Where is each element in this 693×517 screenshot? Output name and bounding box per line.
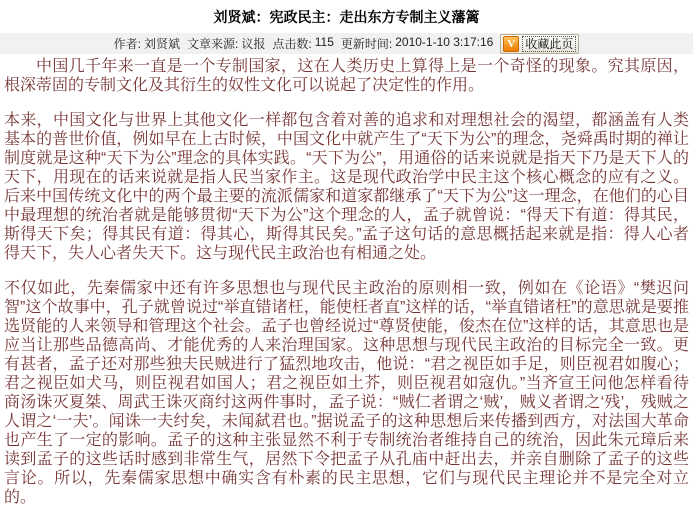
favorite-v-icon: V xyxy=(503,36,519,52)
favorite-button[interactable]: V 收藏此页 xyxy=(500,34,579,54)
meta-source-label: 文章来源: xyxy=(187,35,238,52)
meta-updated: 更新时间: 2010-1-10 3:17:16 xyxy=(341,35,493,52)
article-paragraph: 不仅如此，先秦儒家中还有许多思想也与现代民主政治的原则相一致，例如在《论语》“樊… xyxy=(4,279,689,507)
page-title: 刘贤斌：宪政民主：走出东方专制主义藩篱 xyxy=(0,0,693,27)
meta-author-label: 作者: xyxy=(114,35,141,52)
article-page: 刘贤斌：宪政民主：走出东方专制主义藩篱 作者: 刘贤斌 文章来源: 议报 点击数… xyxy=(0,0,693,517)
meta-updated-label: 更新时间: xyxy=(341,35,392,52)
meta-clicks-label: 点击数: xyxy=(272,35,311,52)
article-paragraph: 本来，中国文化与世界上其他文化一样都包含着对善的追求和对理想社会的渴望，都涵盖有… xyxy=(4,111,689,263)
article-body: 中国几千年来一直是一个专制国家，这在人类历史上算得上是一个奇怪的现象。究其原因，… xyxy=(0,57,693,507)
favorite-button-label: 收藏此页 xyxy=(522,36,576,52)
article-paragraph: 中国几千年来一直是一个专制国家，这在人类历史上算得上是一个奇怪的现象。究其原因，… xyxy=(4,57,689,95)
meta-clicks-value: 115 xyxy=(315,35,334,52)
meta-updated-value: 2010-1-10 3:17:16 xyxy=(395,35,493,52)
meta-bar: 作者: 刘贤斌 文章来源: 议报 点击数: 115 更新时间: 2010-1-1… xyxy=(0,33,693,54)
meta-source-value: 议报 xyxy=(241,35,265,52)
meta-author-value: 刘贤斌 xyxy=(144,35,180,52)
meta-source: 文章来源: 议报 xyxy=(187,35,265,52)
meta-author: 作者: 刘贤斌 xyxy=(114,35,180,52)
meta-clicks: 点击数: 115 xyxy=(272,35,333,52)
